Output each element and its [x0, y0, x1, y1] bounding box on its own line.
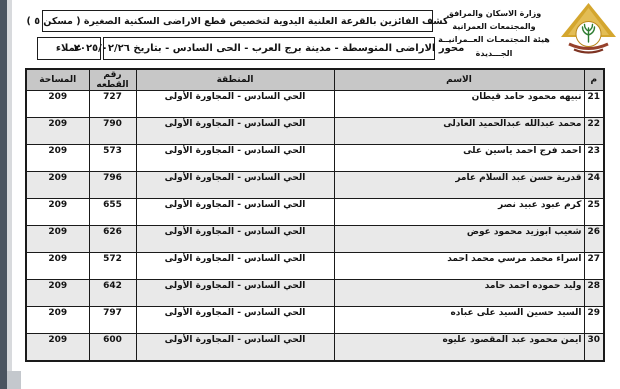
cell-name: نبيهه محمود حامد قيطان — [334, 91, 584, 118]
column-header-serial: م — [584, 69, 604, 91]
cell-district: الحي السادس - المجاورة الأولى — [136, 91, 334, 118]
customers-label: عملاء — [56, 43, 82, 54]
cell-serial: 28 — [584, 280, 604, 307]
report-title-box: كشف الفائزين بالقرعة العلنية اليدوية لتخ… — [42, 10, 433, 32]
cell-plot-number: 797 — [89, 307, 136, 334]
cell-plot-number: 626 — [89, 226, 136, 253]
cell-area: 209 — [26, 172, 89, 199]
column-header-district: المنطقة — [136, 69, 334, 91]
report-subtitle-box: محور الاراضى المتوسطة - مدينة برج العرب … — [103, 37, 435, 60]
cell-district: الحي السادس - المجاورة الأولى — [136, 226, 334, 253]
cell-area: 209 — [26, 307, 89, 334]
cell-name: ايمن محمود عبد المقصود عليوه — [334, 334, 584, 362]
cell-name: وليد حموده احمد حامد — [334, 280, 584, 307]
cell-name: قدرية حسن عبد السلام عامر — [334, 172, 584, 199]
cell-district: الحي السادس - المجاورة الأولى — [136, 118, 334, 145]
cell-district: الحي السادس - المجاورة الأولى — [136, 172, 334, 199]
table-row: 22 محمد عبدالله عبدالحميد العادلى الحي ا… — [26, 118, 604, 145]
cell-area: 209 — [26, 253, 89, 280]
cell-serial: 21 — [584, 91, 604, 118]
cell-serial: 27 — [584, 253, 604, 280]
cell-plot-number: 642 — [89, 280, 136, 307]
winners-table: م الاسم المنطقة رقم القطعه المساحة 21 نب… — [25, 68, 605, 362]
scan-corner-artifact — [7, 371, 21, 389]
column-header-plot: رقم القطعه — [89, 69, 136, 91]
cell-serial: 30 — [584, 334, 604, 362]
cell-plot-number: 790 — [89, 118, 136, 145]
cell-serial: 24 — [584, 172, 604, 199]
table-row: 23 احمد فرج احمد ياسين على الحي السادس -… — [26, 145, 604, 172]
cell-district: الحي السادس - المجاورة الأولى — [136, 334, 334, 362]
cell-plot-number: 655 — [89, 199, 136, 226]
column-header-area: المساحة — [26, 69, 89, 91]
document-page: وزارة الاسكان والمرافق والمجتمعات العمرا… — [0, 0, 620, 389]
report-title: كشف الفائزين بالقرعة العلنية اليدوية لتخ… — [27, 16, 449, 27]
cell-name: كرم عبود عبيد نصر — [334, 199, 584, 226]
authority-logo-icon — [560, 2, 617, 57]
cell-name: السيد حسين السيد على عباده — [334, 307, 584, 334]
table-row: 30 ايمن محمود عبد المقصود عليوه الحي الس… — [26, 334, 604, 362]
cell-serial: 23 — [584, 145, 604, 172]
cell-name: شعيب ابوزيد محمود عوض — [334, 226, 584, 253]
cell-plot-number: 600 — [89, 334, 136, 362]
cell-serial: 26 — [584, 226, 604, 253]
cell-area: 209 — [26, 118, 89, 145]
cell-district: الحي السادس - المجاورة الأولى — [136, 145, 334, 172]
table-row: 28 وليد حموده احمد حامد الحي السادس - ال… — [26, 280, 604, 307]
cell-area: 209 — [26, 280, 89, 307]
window-edge-bar — [0, 0, 7, 389]
page-edge-strip — [7, 0, 12, 389]
table-row: 24 قدرية حسن عبد السلام عامر الحي السادس… — [26, 172, 604, 199]
cell-name: احمد فرج احمد ياسين على — [334, 145, 584, 172]
column-header-name: الاسم — [334, 69, 584, 91]
table-row: 26 شعيب ابوزيد محمود عوض الحي السادس - ا… — [26, 226, 604, 253]
table-row: 29 السيد حسين السيد على عباده الحي الساد… — [26, 307, 604, 334]
cell-area: 209 — [26, 334, 89, 362]
header-row: م الاسم المنطقة رقم القطعه المساحة — [26, 69, 604, 91]
table-row: 25 كرم عبود عبيد نصر الحي السادس - المجا… — [26, 199, 604, 226]
cell-area: 209 — [26, 226, 89, 253]
table-row: 21 نبيهه محمود حامد قيطان الحي السادس - … — [26, 91, 604, 118]
cell-plot-number: 796 — [89, 172, 136, 199]
cell-area: 209 — [26, 91, 89, 118]
cell-name: اسراء محمد مرسي محمد احمد — [334, 253, 584, 280]
cell-plot-number: 727 — [89, 91, 136, 118]
cell-serial: 22 — [584, 118, 604, 145]
report-subtitle: محور الاراضى المتوسطة - مدينة برج العرب … — [74, 43, 465, 54]
pyramid-plant-logo-icon — [560, 2, 617, 57]
winners-table-header: م الاسم المنطقة رقم القطعه المساحة — [26, 69, 604, 91]
cell-serial: 29 — [584, 307, 604, 334]
table-row: 27 اسراء محمد مرسي محمد احمد الحي السادس… — [26, 253, 604, 280]
cell-name: محمد عبدالله عبدالحميد العادلى — [334, 118, 584, 145]
cell-plot-number: 572 — [89, 253, 136, 280]
cell-serial: 25 — [584, 199, 604, 226]
cell-area: 209 — [26, 199, 89, 226]
cell-area: 209 — [26, 145, 89, 172]
cell-district: الحي السادس - المجاورة الأولى — [136, 199, 334, 226]
customers-label-box: عملاء — [37, 37, 101, 60]
cell-district: الحي السادس - المجاورة الأولى — [136, 280, 334, 307]
cell-district: الحي السادس - المجاورة الأولى — [136, 253, 334, 280]
winners-table-body: 21 نبيهه محمود حامد قيطان الحي السادس - … — [26, 91, 604, 362]
cell-district: الحي السادس - المجاورة الأولى — [136, 307, 334, 334]
cell-plot-number: 573 — [89, 145, 136, 172]
